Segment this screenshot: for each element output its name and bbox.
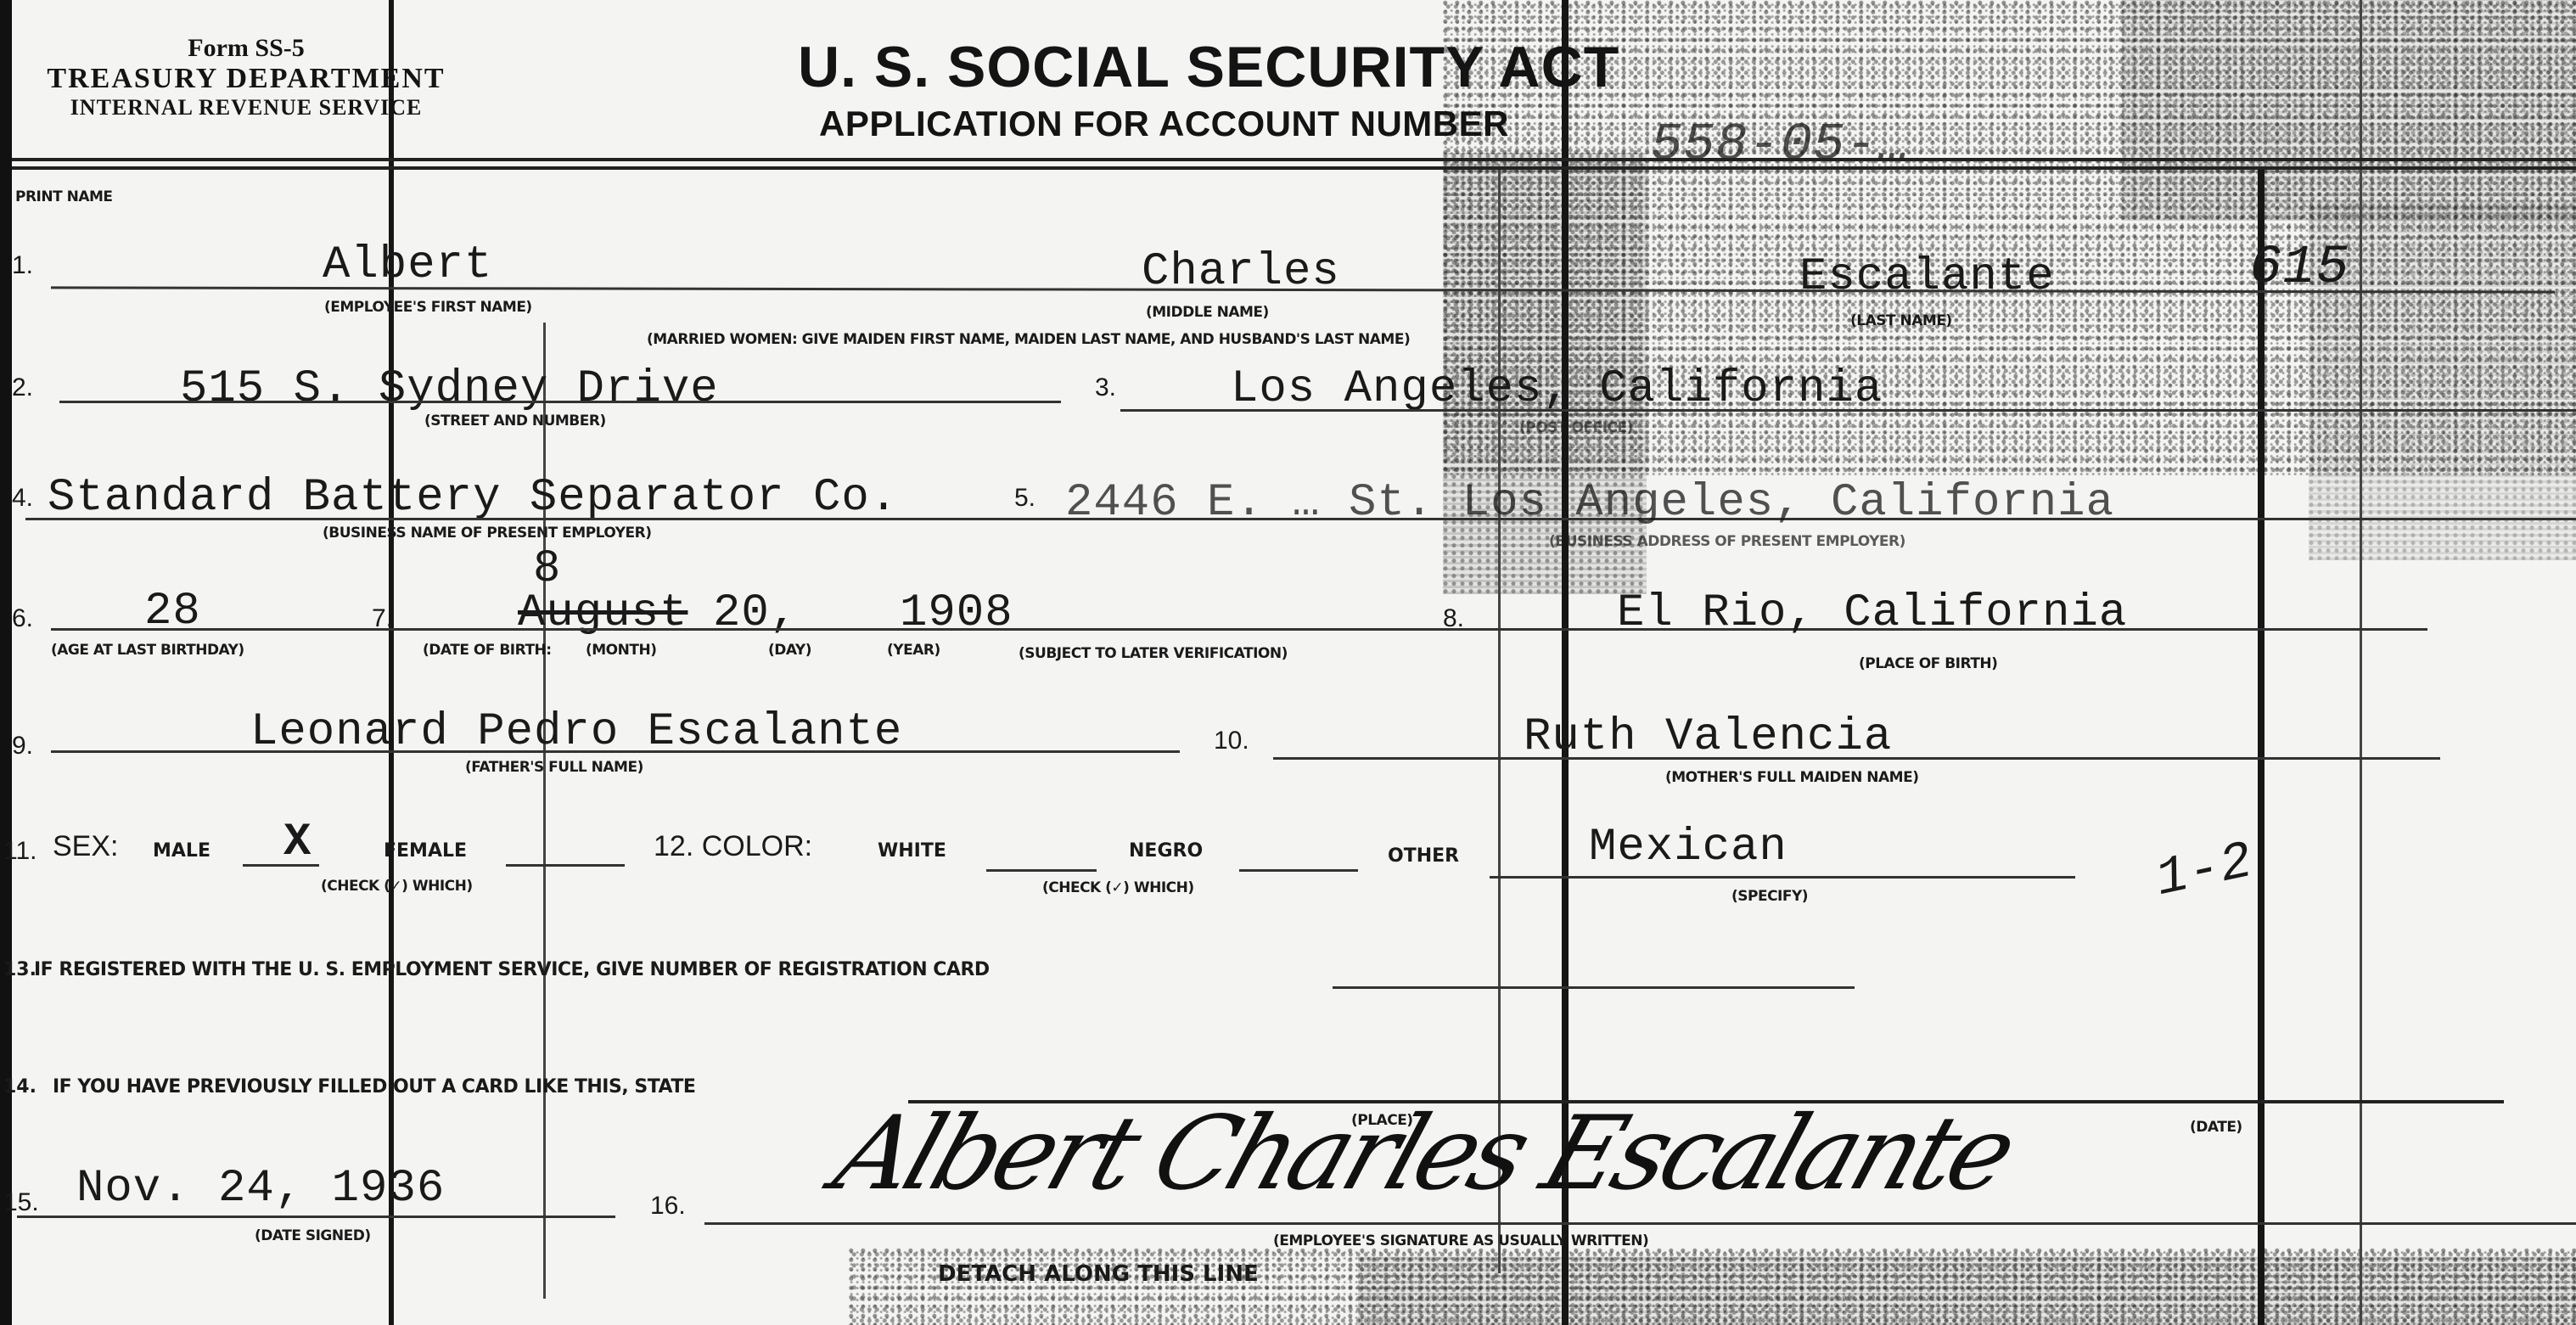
birthplace-value: El Rio, California — [1617, 587, 2127, 639]
ss5-application-card: Form SS-5 TREASURY DEPARTMENT INTERNAL R… — [0, 0, 2576, 1325]
detach-line-label: DETACH ALONG THIS LINE — [938, 1261, 1259, 1287]
field-number: 15. — [3, 1188, 39, 1217]
margin-annotation: 1-2 — [2151, 831, 2259, 910]
male-blank — [243, 864, 319, 867]
field-number: 9. — [12, 732, 33, 761]
street-caption: (STREET AND NUMBER) — [424, 413, 606, 430]
color-label: 12. COLOR: — [654, 830, 812, 863]
previous-card-prompt: IF YOU HAVE PREVIOUSLY FILLED OUT A CARD… — [53, 1076, 695, 1098]
print-name-label: PRINT NAME — [15, 188, 113, 205]
age-caption: (AGE AT LAST BIRTHDAY) — [51, 642, 244, 659]
field-number: 10. — [1214, 727, 1249, 755]
male-checkbox-value: X — [283, 817, 311, 868]
form-header: Form SS-5 TREASURY DEPARTMENT INTERNAL R… — [8, 34, 484, 121]
birth-month-value: August — [518, 587, 687, 639]
employer-caption: (BUSINESS NAME OF PRESENT EMPLOYER) — [323, 525, 652, 542]
female-label: FEMALE — [384, 840, 467, 862]
city-state-value: Los Angeles, California — [1231, 363, 1883, 415]
father-caption: (FATHER'S FULL NAME) — [465, 759, 643, 776]
employment-service-prompt: IF REGISTERED WITH THE U. S. EMPLOYMENT … — [34, 959, 990, 980]
other-label: OTHER — [1388, 845, 1459, 867]
employer-address-value: 2446 E. … St. Los Angeles, California — [1065, 477, 2114, 529]
date-caption: (DATE) — [2190, 1119, 2242, 1136]
male-label: MALE — [153, 840, 210, 862]
verification-caption: (SUBJECT TO LATER VERIFICATION) — [1019, 645, 1288, 662]
signature-caption: (EMPLOYEE'S SIGNATURE AS USUALLY WRITTEN… — [1273, 1232, 1648, 1249]
mother-line — [1273, 757, 2440, 760]
birthplace-caption: (PLACE OF BIRTH) — [1859, 655, 1997, 672]
last-name-caption: (LAST NAME) — [1850, 312, 1952, 329]
street-address-value: 515 S. Sydney Drive — [180, 363, 719, 415]
female-blank — [506, 864, 625, 867]
day-caption: (DAY) — [768, 642, 811, 659]
sex-label: SEX: — [53, 830, 118, 863]
field-number: 14. — [3, 1076, 36, 1098]
department-name: TREASURY DEPARTMENT — [8, 63, 484, 95]
employee-signature: Albert Charles Escalante — [821, 1095, 2025, 1213]
scan-smear — [2122, 0, 2576, 221]
month-caption: (MONTH) — [586, 642, 656, 659]
scan-smear — [1358, 1256, 2576, 1325]
mother-name-value: Ruth Valencia — [1524, 711, 1892, 763]
field-number: 13. — [3, 959, 36, 980]
form-subtitle: APPLICATION FOR ACCOUNT NUMBER — [819, 104, 1509, 144]
dob-caption: (DATE OF BIRTH: — [423, 642, 552, 659]
sex-caption: (CHECK (✓) WHICH) — [321, 878, 473, 895]
married-women-note: (MARRIED WOMEN: GIVE MAIDEN FIRST NAME, … — [647, 331, 1410, 348]
employer-name-value: Standard Battery Separator Co. — [48, 472, 898, 524]
date-signed-caption: (DATE SIGNED) — [255, 1227, 371, 1244]
field-number: 5. — [1014, 484, 1035, 513]
negro-blank — [1239, 869, 1358, 872]
white-label: WHITE — [878, 840, 946, 862]
field-number: 3. — [1095, 373, 1116, 402]
service-name: INTERNAL REVENUE SERVICE — [8, 95, 484, 121]
other-color-value: Mexican — [1589, 822, 1787, 873]
field-number: 16. — [650, 1192, 686, 1221]
signature-line — [704, 1222, 2576, 1225]
registration-card-blank — [1333, 986, 1855, 989]
fold-line — [543, 323, 546, 1299]
first-name-value: Albert — [323, 239, 492, 291]
date-signed-line — [17, 1216, 615, 1218]
date-signed-value: Nov. 24, 1936 — [76, 1163, 445, 1215]
employer-address-caption: (BUSINESS ADDRESS OF PRESENT EMPLOYER) — [1549, 533, 1905, 550]
middle-name-caption: (MIDDLE NAME) — [1146, 304, 1269, 321]
address-line — [59, 401, 1061, 403]
year-caption: (YEAR) — [887, 642, 940, 659]
father-line — [51, 750, 1180, 753]
fold-line — [2258, 170, 2265, 1325]
last-name-value: Escalante — [1799, 251, 2055, 303]
left-border — [0, 0, 12, 1325]
specify-caption: (SPECIFY) — [1731, 888, 1808, 905]
color-caption: (CHECK (✓) WHICH) — [1042, 879, 1194, 896]
city-caption: (POST OFFICE) — [1519, 419, 1633, 436]
first-name-caption: (EMPLOYEE'S FIRST NAME) — [324, 299, 532, 316]
header-divider — [12, 158, 2576, 161]
fold-line — [389, 0, 394, 1325]
birth-year-value: 1908 — [900, 587, 1013, 639]
field-number: 2. — [12, 373, 33, 402]
negro-label: NEGRO — [1129, 840, 1203, 862]
header-divider — [12, 166, 2576, 170]
fold-line — [2360, 0, 2362, 1325]
birth-day-value: 20, — [713, 587, 798, 639]
field-number: 8. — [1443, 604, 1464, 633]
white-blank — [986, 869, 1097, 872]
mother-caption: (MOTHER'S FULL MAIDEN NAME) — [1665, 769, 1919, 786]
city-line — [1120, 409, 2576, 412]
field-number: 6. — [12, 604, 33, 633]
field-number: 1. — [12, 251, 33, 280]
other-blank — [1490, 876, 2075, 879]
form-number: Form SS-5 — [8, 34, 484, 63]
form-title: U. S. SOCIAL SECURITY ACT — [798, 34, 1619, 100]
field-number: 4. — [12, 484, 33, 513]
field-number: 11. — [3, 837, 36, 866]
